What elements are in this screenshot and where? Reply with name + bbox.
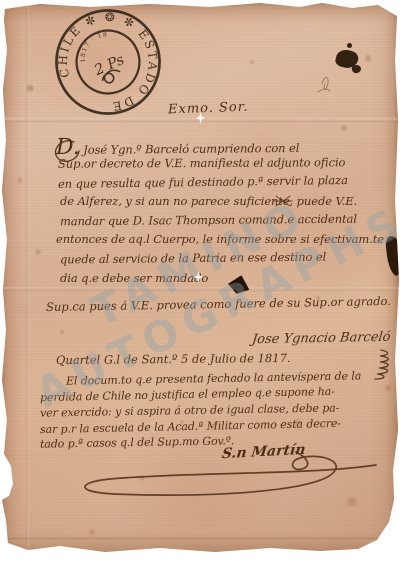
signature-san-martin: S.n Martín — [221, 442, 306, 462]
scribble-mark — [318, 77, 330, 92]
body-line: en que resulta que fui destinado p.ª ser… — [58, 173, 348, 191]
revenue-stamp: CHILE ✼ ❂ ✼ ESTADO DE 1817 · 18 2 Ps — [34, 0, 182, 136]
petition-line: Sup.ca pues á V.E. provea como fuere de … — [46, 294, 391, 314]
salutation: Exmo. Sor. — [168, 100, 249, 118]
decree-line: sar p.r la escuela de la Acad.ª Militar … — [40, 417, 341, 436]
fold-crease-horizontal — [0, 538, 400, 541]
ink-blot-tail — [351, 64, 362, 75]
fold-crease-horizontal — [0, 287, 400, 291]
barcelo-rubric — [375, 350, 388, 379]
decree-line: perdida de Chile no justifica el empleo … — [40, 385, 335, 404]
body-line: de Alferez, y si aun no parece suficient… — [60, 194, 357, 208]
manuscript-paper: CHILE ✼ ❂ ✼ ESTADO DE 1817 · 18 2 Ps Exm… — [0, 0, 400, 565]
ink-blot-right-edge — [385, 235, 400, 276]
date-line: Quartel G.l de Sant.º 5 de Julio de 1817… — [56, 351, 291, 367]
body-line: entonces de aq.l Cuerpo, le informe sobr… — [56, 232, 384, 246]
body-line: dia q.e debe ser mandado — [60, 271, 208, 285]
signature-barcelo: Jose Ygnacio Barceló — [251, 330, 391, 347]
stamp-denomination: 2 Ps — [91, 51, 127, 79]
ink-blot-dot — [347, 43, 352, 48]
ink-blot-triangle — [227, 274, 251, 296]
body-line: Sup.or decreto de V.E. manifiesta el adj… — [58, 155, 345, 171]
body-line: quede al servicio de la Patria en ese de… — [60, 250, 326, 267]
fold-crease-vertical — [26, 0, 29, 565]
photo-background: CHILE ✼ ❂ ✼ ESTADO DE 1817 · 18 2 Ps Exm… — [0, 0, 400, 565]
body-line: mandar que D. Isac Thompson comand.e acc… — [60, 212, 357, 229]
decree-line: tado p.ª casos q.l del Sup.mo Gov.º. — [40, 434, 234, 450]
